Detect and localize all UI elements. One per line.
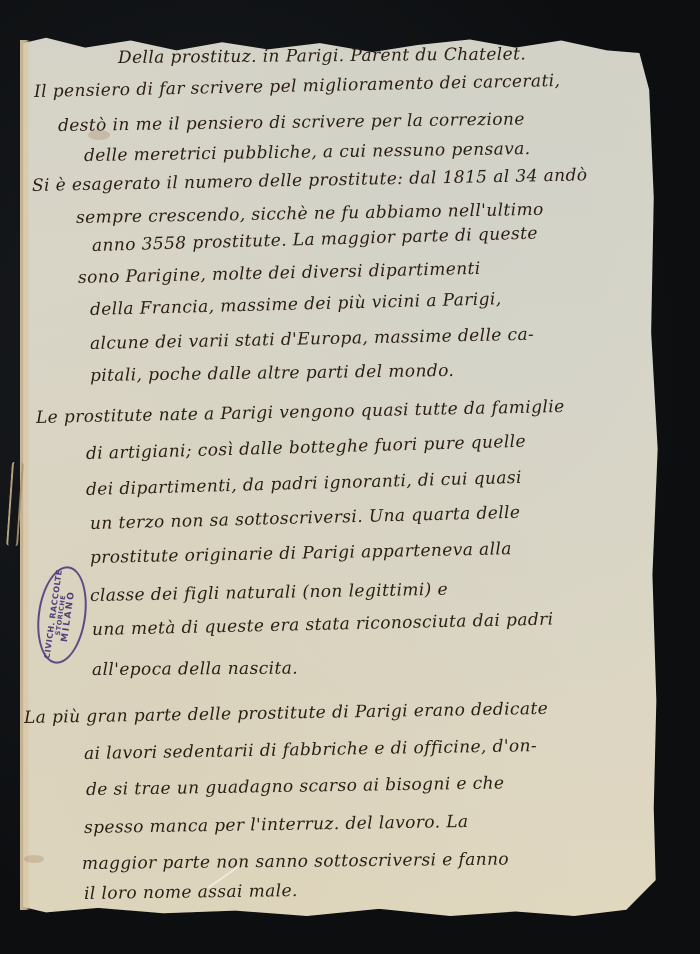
manuscript-line: classe dei figli naturali (non legittimi… [90,580,448,606]
manuscript-line: di artigiani; così dalle botteghe fuori … [86,432,527,464]
manuscript-line: Le prostitute nate a Parigi vengono quas… [36,397,565,428]
manuscript-line: dei dipartimenti, da padri ignoranti, di… [86,468,522,500]
manuscript-line: della Francia, massime dei più vicini a … [90,289,502,320]
manuscript-line: destò in me il pensiero di scrivere per … [58,109,525,136]
manuscript-line: Si è esagerato il numero delle prostitut… [32,165,588,196]
manuscript-line: un terzo non sa sottoscriversi. Una quar… [90,503,521,534]
manuscript-line: sono Parigine, molte dei diversi diparti… [78,259,481,288]
manuscript-line: anno 3558 prostitute. La maggior parte d… [92,224,538,256]
manuscript-line: La più gran parte delle prostitute di Pa… [24,699,548,728]
manuscript-line: pitali, poche dalle altre parti del mond… [90,361,455,386]
manuscript-line: delle meretrici pubbliche, a cui nessuno… [84,139,531,166]
manuscript-line: all'epoca della nascita. [92,659,298,680]
manuscript-text: Della prostituz. in Parigi. Parent du Ch… [0,0,700,954]
manuscript-line: ai lavori sedentarii di fabbriche e di o… [84,736,537,764]
manuscript-line: Della prostituz. in Parigi. Parent du Ch… [118,44,526,68]
manuscript-line: una metà di queste era stata riconosciut… [92,610,554,640]
manuscript-line: spesso manca per l'interruz. del lavoro.… [84,812,469,838]
manuscript-line: il loro nome assai male. [84,881,298,904]
manuscript-line: maggior parte non sanno sottoscriversi e… [82,850,509,874]
manuscript-line: Il pensiero di far scrivere pel migliora… [34,71,561,102]
manuscript-line: de si trae un guadagno scarso ai bisogni… [86,773,505,800]
manuscript-line: prostitute originarie di Parigi apparten… [90,539,512,568]
manuscript-line: alcune dei varii stati d'Europa, massime… [90,325,535,354]
manuscript-line: sempre crescendo, sicchè ne fu abbiamo n… [76,200,544,228]
